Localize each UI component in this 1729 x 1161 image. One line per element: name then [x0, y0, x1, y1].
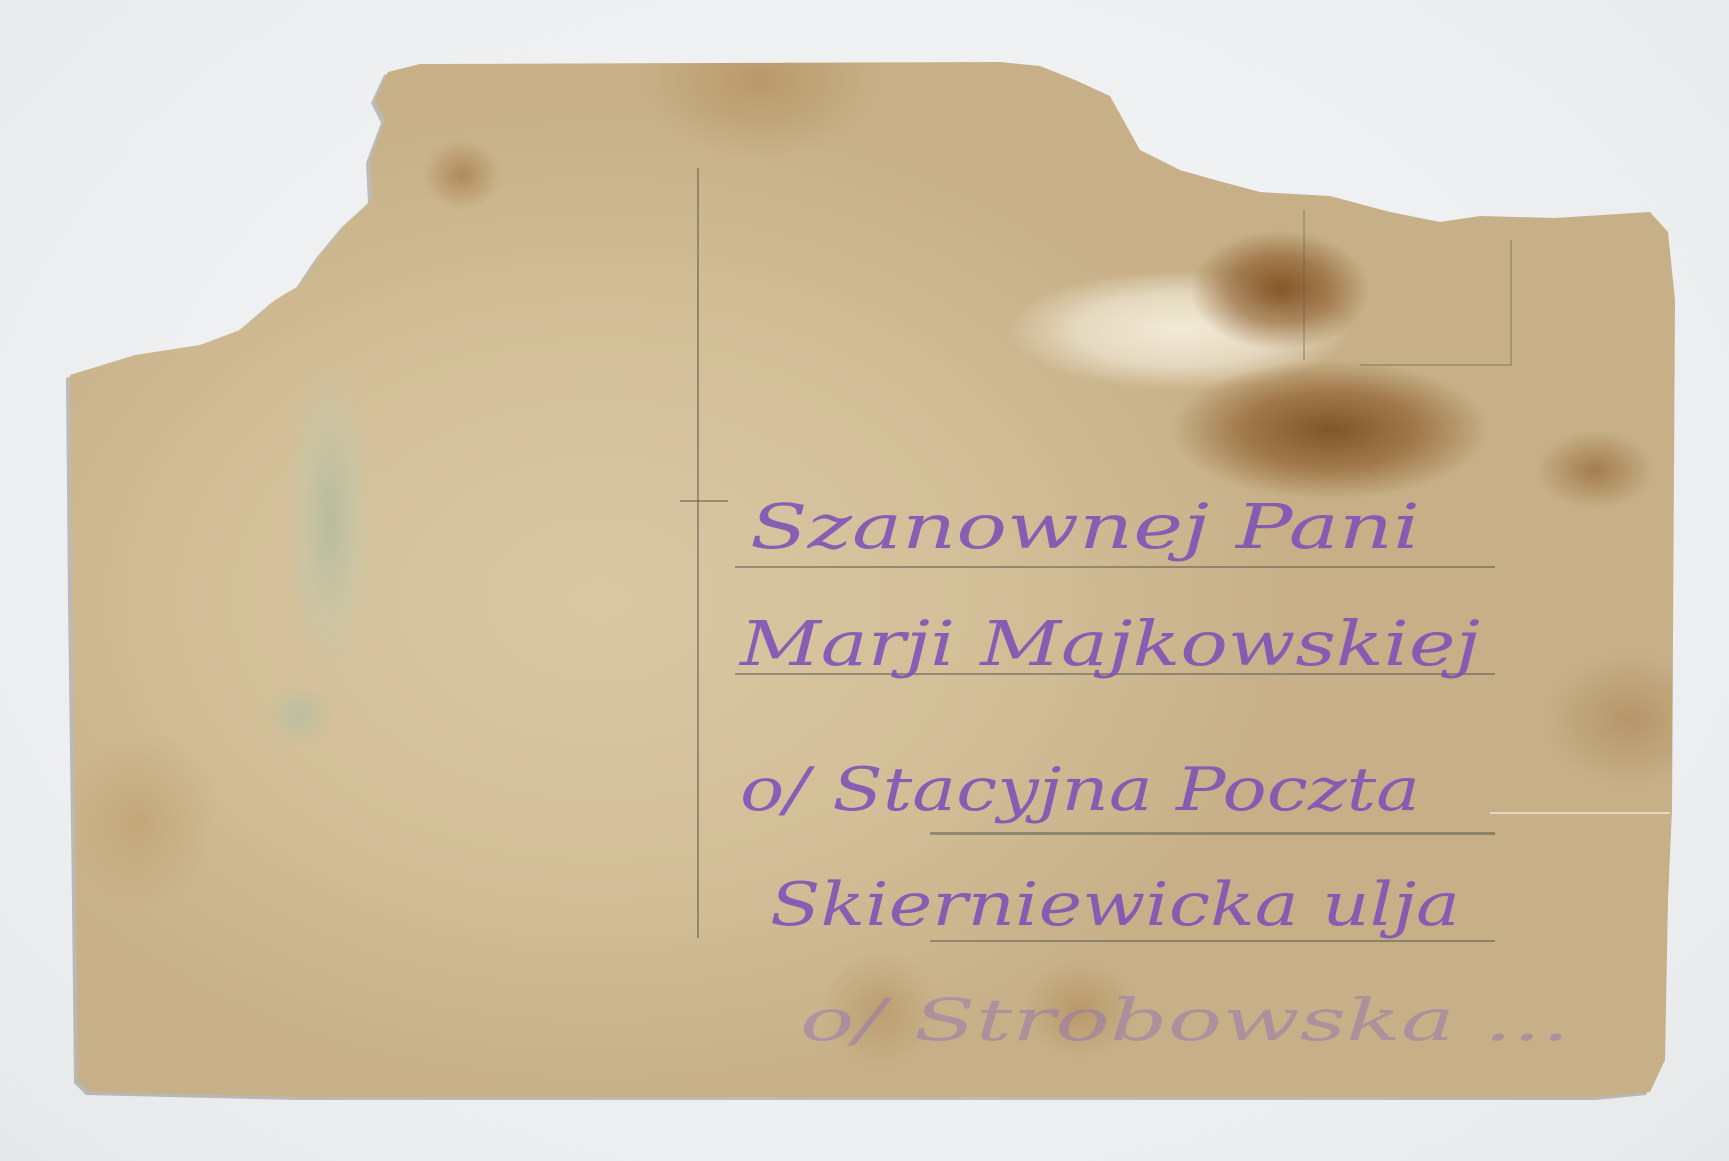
address-line-3: o/ Stacyjna Poczta — [740, 755, 1420, 825]
handwriting-layer: Szanownej Pani Marji Majkowskiej o/ Stac… — [0, 0, 1729, 1161]
address-line-1: Szanownej Pani — [750, 490, 1420, 563]
scan-background: Szanownej Pani Marji Majkowskiej o/ Stac… — [0, 0, 1729, 1161]
address-line-5: o/ Strobowska ... — [800, 986, 1570, 1054]
address-line-2: Marji Majkowskiej — [739, 607, 1480, 680]
address-line-4: Skierniewicka ulja — [770, 870, 1460, 940]
